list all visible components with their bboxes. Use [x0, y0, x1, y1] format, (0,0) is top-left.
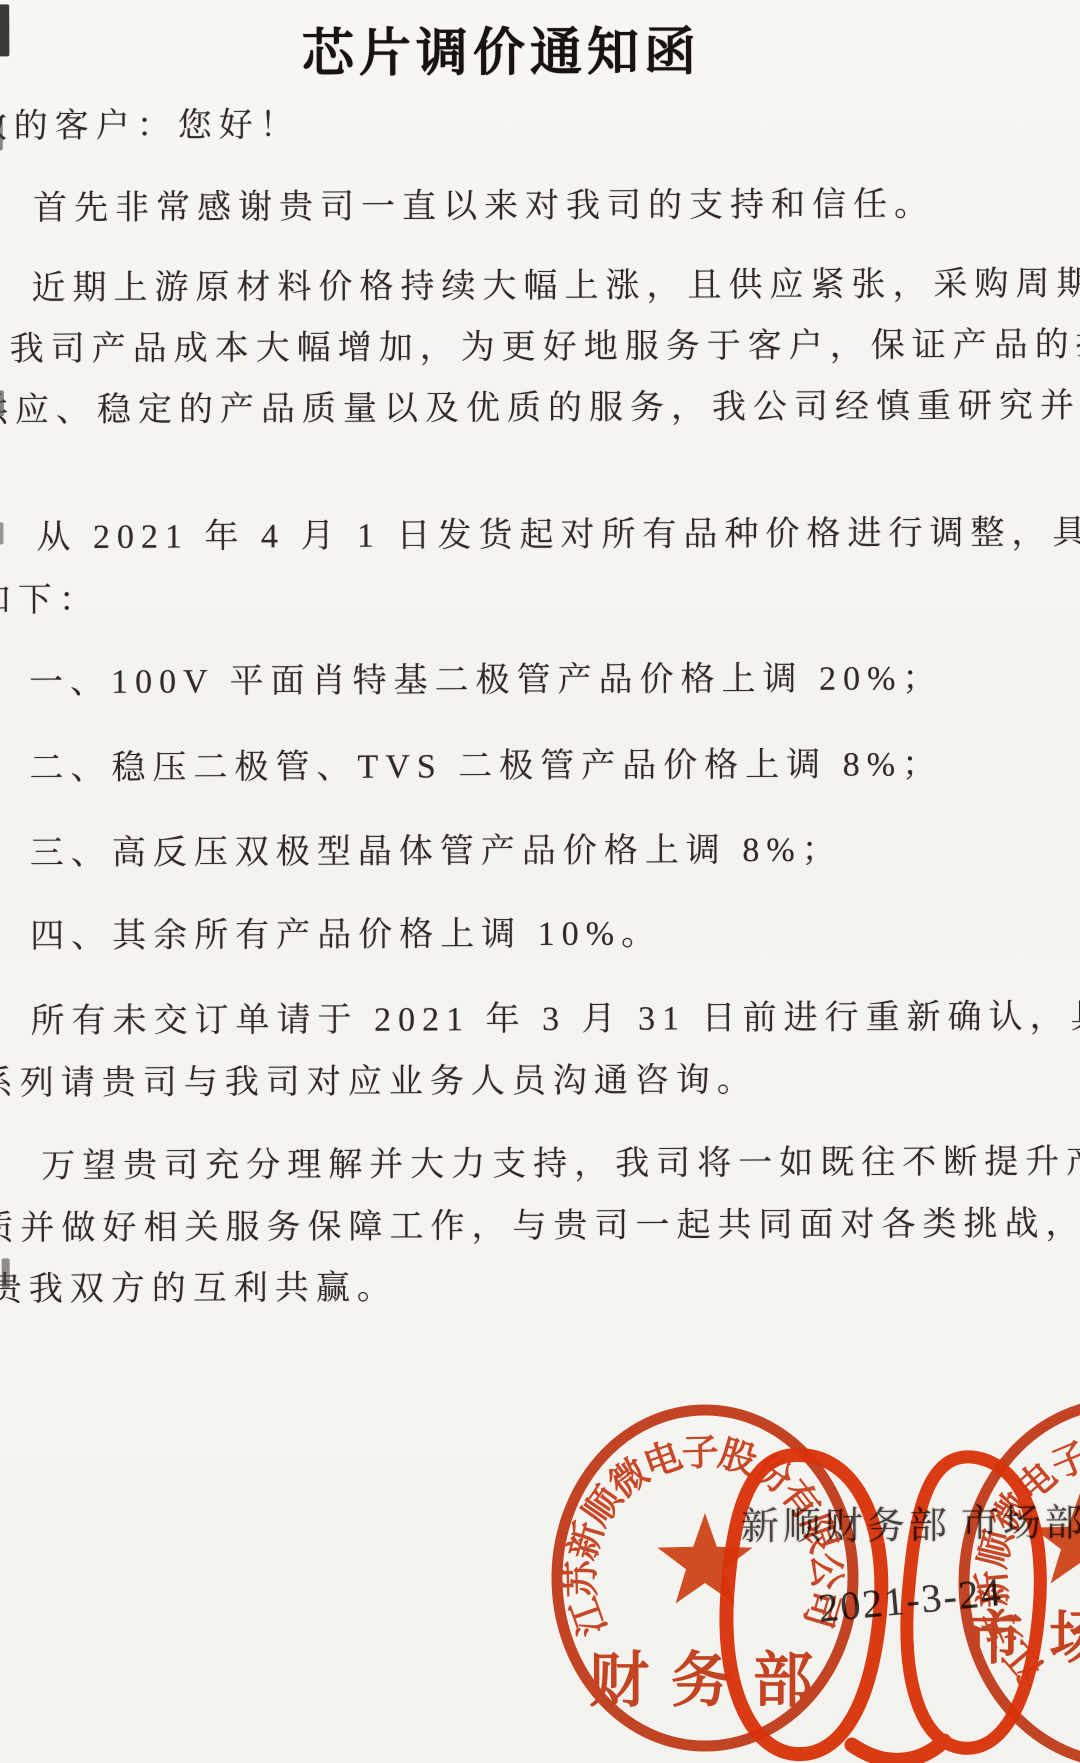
letter-line: 系列请贵司与我司对应业务人员沟通咨询。 — [0, 1052, 758, 1104]
letter-line: 所有未交订单请于 2021 年 3 月 31 日前进行重新确认，具体产 — [30, 988, 1080, 1042]
letter-line: 一、100V 平面肖特基二极管产品价格上调 20%； — [29, 650, 943, 703]
scan-artifact — [0, 522, 4, 544]
letter-line: 敬的客户：您好！ — [0, 97, 301, 147]
letter-line: 近期上游原材料价格持续大幅上涨，且供应紧张，采购周期延 — [31, 255, 1080, 309]
stamp-date: 2021-3-24 — [816, 1568, 1004, 1632]
letter-line: 质并做好相关服务保障工作，与贵司一起共同面对各类挑战，实 — [0, 1195, 1080, 1249]
letter-line: 首先非常感谢贵司一直以来对我司的支持和信任。 — [33, 176, 935, 229]
letter-line: 供应、稳定的产品质量以及优质的服务，我公司经慎重研究并决 — [0, 377, 1080, 431]
letter-line: 如下： — [0, 572, 100, 622]
scan-artifact — [0, 390, 4, 416]
scan-artifact — [0, 120, 3, 150]
scan-artifact — [2, 1258, 10, 1288]
letter-line: 万望贵司充分理解并大力支持，我司将一如既往不断提升产品 — [41, 1133, 1080, 1187]
letter-line: 二、稳压二极管、TVS 二极管产品价格上调 8%； — [29, 736, 943, 789]
letter-line: 三、高反压双极型晶体管产品价格上调 8%； — [30, 822, 843, 875]
typed-dept-finance: 新顺财务部 — [741, 1494, 951, 1550]
letter-line: 从 2021 年 4 月 1 日发货起对所有品种价格进行调整，具体调 — [36, 504, 1080, 558]
letter-line: 四、其余所有产品价格上调 10%。 — [30, 905, 662, 957]
page-title: 芯片调价通知函 — [0, 8, 1007, 87]
letter-page: 芯片调价通知函 敬的客户：您好！ 首先非常感谢贵司一直以来对我司的支持和信任。 … — [0, 0, 1080, 1763]
letter-line: 我司产品成本大幅增加，为更好地服务于客户，保证产品的持 — [10, 316, 1080, 370]
typed-dept-market: 市场部 — [961, 1492, 1080, 1548]
letter-line: 贵我双方的互利共赢。 — [0, 1260, 398, 1311]
scan-artifact — [0, 4, 9, 56]
